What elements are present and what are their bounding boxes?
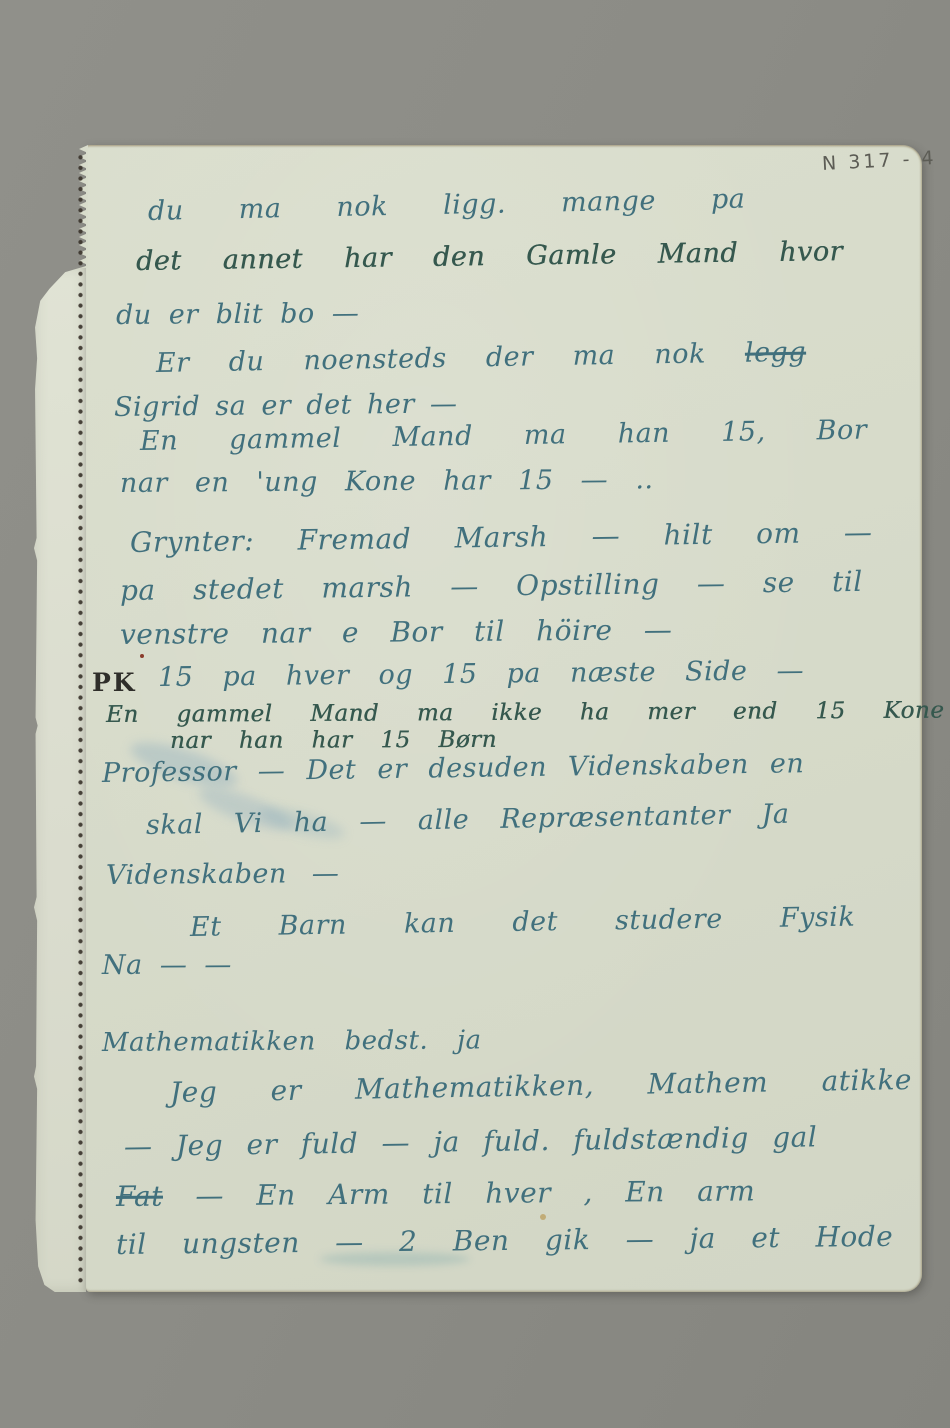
line-text: nar han har 15 Børn xyxy=(170,727,497,754)
manuscript-line-19: Mathematikken bedst. ja xyxy=(102,1025,482,1058)
manuscript-line-5: Sigrid sa er det her — xyxy=(114,388,458,423)
line-text: En gammel Mand ma ikke ha mer end 15 Kon… xyxy=(106,698,944,728)
line-text: Na — — xyxy=(102,949,232,981)
manuscript-line-22: Fat — En Arm til hver , En arm xyxy=(116,1174,756,1213)
struck-word: Fat xyxy=(116,1180,163,1213)
line-text: Videnskaben — xyxy=(106,858,340,891)
manuscript-line-3: du er blit bo — xyxy=(116,298,360,331)
manuscript-line-12: En gammel Mand ma ikke ha mer end 15 Kon… xyxy=(106,698,944,728)
stain-speck xyxy=(140,654,144,658)
perforation-holes xyxy=(77,152,84,1284)
stain-speck xyxy=(540,1214,546,1220)
margin-note-pk: PK xyxy=(92,668,137,697)
line-text: Sigrid sa er det her — xyxy=(114,388,458,423)
manuscript-line-10: venstre nar e Bor til höire — xyxy=(120,613,673,651)
manuscript-line-16: Videnskaben — xyxy=(106,858,340,891)
line-text: du er blit bo — xyxy=(116,298,360,331)
manuscript-line-13: nar han har 15 Børn xyxy=(170,727,497,754)
manuscript-line-18: Na — — xyxy=(102,949,232,981)
manuscript-line-7: nar en 'ung Kone har 15 — ‥ xyxy=(120,464,654,499)
line-text: nar en 'ung Kone har 15 — ‥ xyxy=(120,464,654,499)
line-text: Mathematikken bedst. ja xyxy=(102,1025,482,1058)
line-text: venstre nar e Bor til höire — xyxy=(120,613,673,651)
line-text: — En Arm til hver , En arm xyxy=(163,1174,756,1212)
struck-word: legg xyxy=(745,337,807,369)
scanned-manuscript-page: N 317 - 4 PK du ma nok ligg. mange pa de… xyxy=(0,0,950,1428)
